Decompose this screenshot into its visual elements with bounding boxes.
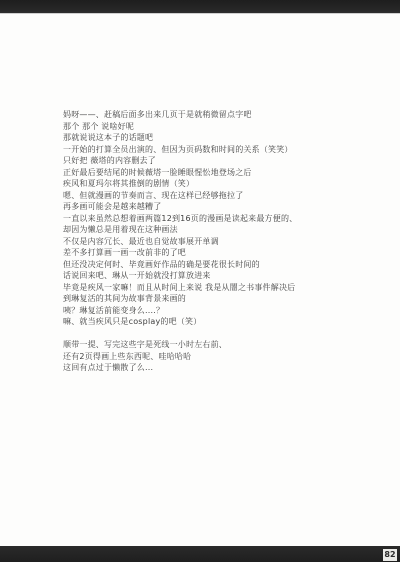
- afterword-line: 不仅是内容冗长、最近也自觉故事展开单调: [63, 236, 373, 248]
- afterword-line: 疾风和夏玛尔将其推倒的剧情（笑）: [63, 178, 373, 190]
- afterword-line: 毕竟是疾风一家嘛！而且从时间上来说 我是从闇之书事件解决后: [63, 282, 373, 294]
- afterword-line: 顺带一提、写完这些字是死线一小时左右前、: [63, 339, 373, 351]
- afterword-line: 只好把 薇塔的内容删去了: [63, 155, 373, 167]
- afterword-line: 到琳复活的其间为故事背景来画的: [63, 293, 373, 305]
- afterword-line: 话说回来吧、琳从一开始就没打算放进来: [63, 270, 373, 282]
- afterword-paragraph-1: 妈呀——、赶稿后面多出来几页于是就稍微留点字吧 那个 那个 说啥好呢 那就说说这…: [63, 109, 373, 328]
- page-number: 82: [383, 549, 397, 561]
- afterword-line: 但还没决定何时、毕竟画好作品的确是要花很长时间的: [63, 259, 373, 271]
- afterword-line: 那就说说这本子的话题吧: [63, 132, 373, 144]
- afterword-paragraph-2: 顺带一提、写完这些字是死线一小时左右前、 还有2页得画上些东西呢、哇哈哈哈 这回…: [63, 339, 373, 374]
- afterword-line: 这回有点过于懒散了么...: [63, 362, 373, 374]
- afterword-line: 妈呀——、赶稿后面多出来几页于是就稍微留点字吧: [63, 109, 373, 121]
- afterword-line: 却因为懒总是用着现在这种画法: [63, 224, 373, 236]
- scan-edge-top: [0, 0, 400, 14]
- afterword-line: 一开始的打算全员出演的、但因为页码数和时间的关系（笑笑）: [63, 144, 373, 156]
- afterword-text-block: 妈呀——、赶稿后面多出来几页于是就稍微留点字吧 那个 那个 说啥好呢 那就说说这…: [63, 109, 373, 374]
- afterword-line: 嘛、就当疾风只是cosplay的吧（笑）: [63, 316, 373, 328]
- afterword-line: 差不多打算画一画一改前非的了吧: [63, 247, 373, 259]
- scan-edge-bottom: 82: [0, 546, 400, 562]
- afterword-line: 嗯、但就漫画的节奏而言、现在这样已经够拖拉了: [63, 190, 373, 202]
- paragraph-spacer: [63, 328, 373, 340]
- afterword-line: 咦？琳复活前能变身么....？: [63, 305, 373, 317]
- afterword-line: 正好最后要结尾的时候薇塔一脸睡眼惺忪地登场之后: [63, 167, 373, 179]
- afterword-line: 再多画可能会是越来越糟了: [63, 201, 373, 213]
- afterword-line: 一直以来虽然总想着画两篇12到16页的漫画是读起来最方便的、: [63, 213, 373, 225]
- afterword-line: 还有2页得画上些东西呢、哇哈哈哈: [63, 351, 373, 363]
- afterword-line: 那个 那个 说啥好呢: [63, 121, 373, 133]
